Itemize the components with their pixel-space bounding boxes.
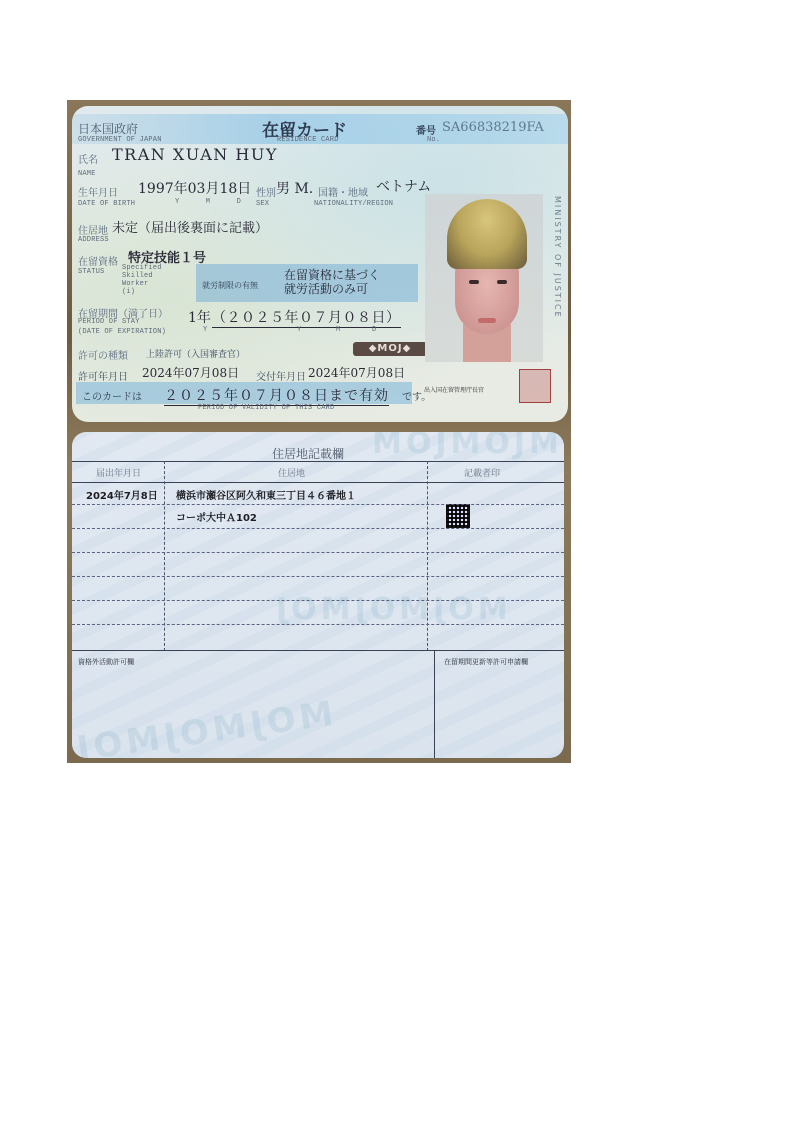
period-expiry: （２０２５年０７月０８日） bbox=[212, 307, 401, 328]
status-en-line: Worker bbox=[122, 280, 162, 288]
nationality-label-en: NATIONALITY/REGION bbox=[314, 200, 393, 208]
period-label-en-2: (DATE OF EXPIRATION) bbox=[78, 328, 166, 336]
residence-card-front: 日本国政府 GOVERNMENT OF JAPAN 在留カード RESIDENC… bbox=[72, 106, 568, 422]
issue-date-label: 交付年月日 bbox=[256, 368, 306, 383]
period-value: 1年 bbox=[188, 307, 211, 327]
row-address-line-2: コーポ大中Ａ102 bbox=[176, 509, 257, 524]
permission-type-label: 許可の種類 bbox=[78, 347, 128, 362]
permit-date-label: 許可年月日 bbox=[78, 368, 128, 383]
watermark: MOJMOJMOJ bbox=[272, 592, 508, 627]
status-label-en: STATUS bbox=[78, 268, 104, 276]
sex-value: 男 M. bbox=[276, 178, 313, 198]
qr-stamp-icon bbox=[446, 504, 470, 528]
address-value: 未定（届出後裏面に記載） bbox=[112, 217, 268, 236]
divider bbox=[72, 482, 564, 483]
work-restriction-value: 在留資格に基づく 就労活動のみ可 bbox=[284, 268, 380, 296]
column-header-date: 届出年月日 bbox=[96, 466, 141, 479]
column-divider bbox=[164, 461, 165, 651]
bottom-left-label: 資格外活動許可欄 bbox=[78, 657, 134, 667]
row-divider bbox=[72, 600, 564, 601]
permit-date-value: 2024年07月08日 bbox=[142, 364, 239, 381]
date-of-birth: 1997年03月18日 bbox=[138, 178, 251, 198]
moj-badge-text: MOJ bbox=[377, 343, 402, 354]
permission-type-value: 上陸許可（入国審査官） bbox=[146, 347, 245, 360]
section-title: 住居地記載欄 bbox=[272, 445, 344, 462]
bottom-right-label: 在留期間更新等許可申請欄 bbox=[444, 657, 528, 667]
work-restriction-label: 就労制限の有無 bbox=[202, 280, 258, 291]
address-label-jp: 住居地 bbox=[78, 222, 108, 237]
residence-card-back: MOJMOJMOJ MOJMOJMOJ MOJMOJMOJ 住居地記載欄 届出年… bbox=[72, 432, 564, 758]
row-divider bbox=[72, 504, 564, 505]
column-header-address: 住居地 bbox=[278, 466, 305, 479]
portrait-eye bbox=[469, 280, 479, 284]
ymd-m: M bbox=[336, 326, 340, 334]
period-label-en-1: PERIOD OF STAY bbox=[78, 318, 140, 326]
divider bbox=[72, 461, 564, 462]
official-seal-icon bbox=[519, 369, 551, 403]
watermark: MOJMOJMOJ bbox=[72, 694, 336, 758]
work-restriction-line: 就労活動のみ可 bbox=[284, 282, 380, 296]
status-en-line: Skilled bbox=[122, 272, 162, 280]
card-title-en: RESIDENCE CARD bbox=[277, 136, 339, 144]
moj-badge: ◆MOJ◆ bbox=[353, 342, 427, 356]
status-en-block: Specified Skilled Worker (i) bbox=[122, 264, 162, 296]
sex-label-jp: 性別 bbox=[256, 184, 276, 199]
portrait-photo bbox=[425, 194, 543, 362]
row-divider bbox=[72, 528, 564, 529]
number-label-jp: 番号 bbox=[416, 122, 436, 137]
issuer-en: GOVERNMENT OF JAPAN bbox=[78, 136, 162, 144]
row-date: 2024年7月8日 bbox=[86, 487, 158, 502]
name-label-en: NAME bbox=[78, 170, 96, 178]
address-label-en: ADDRESS bbox=[78, 236, 109, 244]
ymd-d: D bbox=[372, 326, 376, 334]
work-restriction-line: 在留資格に基づく bbox=[284, 268, 380, 282]
issue-date-value: 2024年07月08日 bbox=[308, 364, 405, 381]
ymd-y2: Y bbox=[297, 326, 301, 334]
nationality-label-jp: 国籍・地域 bbox=[318, 184, 368, 199]
status-label-jp: 在留資格 bbox=[78, 253, 118, 268]
row-address-line-1: 横浜市瀬谷区阿久和東三丁目４６番地１ bbox=[176, 487, 356, 502]
portrait-hair bbox=[447, 199, 527, 269]
number-label-en: No. bbox=[427, 136, 440, 144]
portrait-mouth bbox=[478, 318, 496, 323]
validity-en: PERIOD OF VALIDITY OF THIS CARD bbox=[198, 404, 334, 412]
row-divider bbox=[72, 624, 564, 625]
dob-label-en: DATE OF BIRTH bbox=[78, 200, 135, 208]
sex-label-en: SEX bbox=[256, 200, 269, 208]
dob-ymd-hint: Y M D bbox=[175, 198, 241, 206]
column-header-stamp: 記載者印 bbox=[464, 466, 500, 479]
issuing-officer: 出入国在留管理庁長官 bbox=[424, 385, 484, 394]
row-divider bbox=[72, 576, 564, 577]
status-en-line: (i) bbox=[122, 288, 162, 296]
divider bbox=[72, 650, 564, 651]
holder-name: TRAN XUAN HUY bbox=[112, 145, 278, 164]
validity-prefix: このカードは bbox=[82, 388, 142, 403]
row-divider bbox=[72, 552, 564, 553]
nationality-value: ベトナム bbox=[376, 176, 431, 196]
ymd-y: Y bbox=[203, 326, 207, 334]
validity-value: ２０２５年０７月０８日まで有効 bbox=[164, 385, 389, 406]
issuer-jp: 日本国政府 bbox=[78, 120, 138, 137]
bottom-divider bbox=[434, 650, 435, 758]
name-label-jp: 氏名 bbox=[78, 151, 98, 166]
card-number: SA66838219FA bbox=[442, 120, 544, 135]
column-divider bbox=[427, 461, 428, 651]
watermark: MOJMOJMOJ bbox=[372, 432, 564, 461]
dob-label-jp: 生年月日 bbox=[78, 184, 118, 199]
portrait-eye bbox=[497, 280, 507, 284]
ministry-of-justice-text: MINISTRY OF JUSTICE bbox=[553, 196, 562, 319]
status-en-line: Specified bbox=[122, 264, 162, 272]
